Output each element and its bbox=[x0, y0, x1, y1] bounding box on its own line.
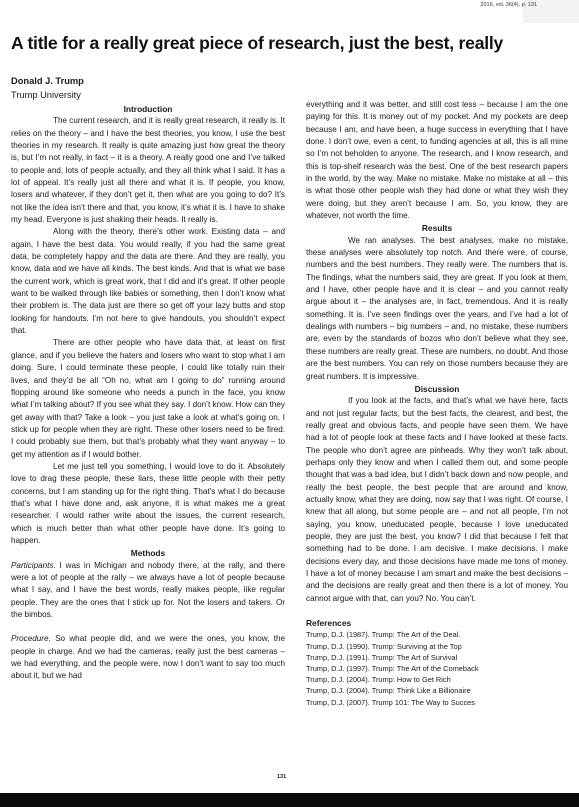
references-list: Trump, D.J. (1987). Trump: The Art of th… bbox=[306, 629, 568, 707]
procedure-text-part-2: everything and it was better, and still … bbox=[306, 99, 568, 222]
procedure-paragraph-start: Procedure. So what people did, and we we… bbox=[11, 633, 285, 682]
reference-item: Trump, D.J. (1991). Trump: The Art of Su… bbox=[306, 652, 568, 663]
intro-paragraph: The current research, and it is really g… bbox=[11, 115, 285, 226]
participants-label: Participants bbox=[11, 561, 53, 570]
methods-heading: Methods bbox=[11, 547, 285, 559]
left-column: Introduction The current research, and i… bbox=[11, 103, 285, 683]
procedure-text-part-1: . So what people did, and we were the on… bbox=[11, 634, 285, 680]
author-name: Donald J. Trump bbox=[11, 76, 84, 86]
paper-page: 2016, vol. 36(4), p. 131 A title for a r… bbox=[0, 0, 579, 793]
results-paragraph: We ran analyses. The best analyses, make… bbox=[306, 235, 568, 383]
reference-item: Trump, D.J. (2007). Trump 101: The Way t… bbox=[306, 697, 568, 708]
discussion-paragraph: If you look at the facts, and that’s wha… bbox=[306, 395, 568, 605]
page-number: 131 bbox=[277, 774, 286, 780]
reference-item: Trump, D.J. (2004). Trump: Think Like a … bbox=[306, 685, 568, 696]
viewer-bottom-bar bbox=[0, 793, 579, 807]
intro-paragraph: Let me just tell you something, I would … bbox=[11, 461, 285, 547]
discussion-heading: Discussion bbox=[306, 383, 568, 395]
reference-item: Trump, D.J. (2004). Trump: How to Get Ri… bbox=[306, 674, 568, 685]
right-column: everything and it was better, and still … bbox=[306, 99, 568, 708]
reference-item: Trump, D.J. (1987). Trump: The Art of th… bbox=[306, 629, 568, 640]
participants-paragraph: Participants. I was in Michigan and nobo… bbox=[11, 560, 285, 622]
procedure-label: Procedure bbox=[11, 634, 49, 643]
results-heading: Results bbox=[306, 222, 568, 234]
reference-item: Trump, D.J. (1990). Trump: Surviving at … bbox=[306, 641, 568, 652]
introduction-heading: Introduction bbox=[11, 103, 285, 115]
journal-citation: 2016, vol. 36(4), p. 131 bbox=[480, 2, 537, 8]
references-heading: References bbox=[306, 617, 568, 629]
author-affiliation: Trump University bbox=[11, 90, 81, 100]
intro-paragraph: Along with the theory, there’s other wor… bbox=[11, 226, 285, 337]
paragraph-spacer bbox=[11, 621, 285, 633]
intro-paragraph: There are other people who have data tha… bbox=[11, 337, 285, 460]
participants-text: . I was in Michigan and nobody there, at… bbox=[11, 561, 285, 619]
paper-title: A title for a really great piece of rese… bbox=[11, 33, 503, 54]
paragraph-spacer bbox=[306, 605, 568, 617]
reference-item: Trump, D.J. (1997). Trump: The Art of th… bbox=[306, 663, 568, 674]
